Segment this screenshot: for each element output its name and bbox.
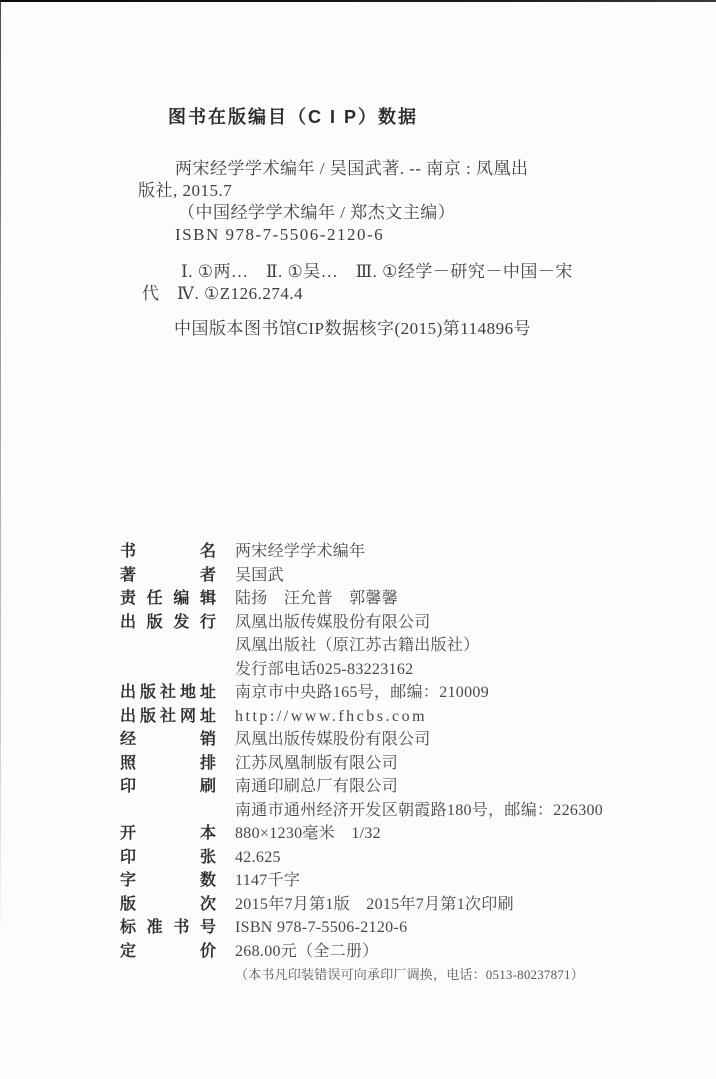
colophon-row-label: 书名	[120, 540, 216, 564]
colophon-block: 书名 两宋经学学术编年 著者 吴国武 责任编辑 陆扬 汪允普 郭馨馨 出版发行 …	[120, 540, 700, 987]
colophon-row-value: 南京市中央路165号，邮编：210009	[235, 681, 489, 705]
colophon-row-value: 江苏凤凰制版有限公司	[235, 752, 398, 776]
colophon-row-label: 印张	[120, 846, 216, 870]
colophon-row: 书名 两宋经学学术编年	[120, 540, 700, 564]
colophon-row-value: 凤凰出版传媒股份有限公司	[235, 611, 431, 635]
cip-isbn-line: ISBN 978-7-5506-2120-6	[175, 224, 680, 246]
colophon-row: 南通市通州经济开发区朝霞路180号，邮编：226300	[120, 799, 700, 823]
colophon-row: 著者 吴国武	[120, 564, 700, 588]
colophon-row: 经销 凤凰出版传媒股份有限公司	[120, 728, 700, 752]
colophon-row-value: 268.00元（全二册）	[235, 940, 379, 964]
cip-registration-number: 中国版本图书馆CIP数据核字(2015)第114896号	[174, 318, 680, 340]
colophon-row-label: 出版社网址	[120, 705, 216, 729]
colophon-row-value: 凤凰出版社（原江苏古籍出版社）	[235, 634, 480, 658]
colophon-row-label: 开本	[120, 822, 216, 846]
colophon-row-value: 42.625	[235, 846, 281, 870]
colophon-row: 发行部电话025-83223162	[120, 658, 700, 682]
colophon-row-value: 南通市通州经济开发区朝霞路180号，邮编：226300	[235, 799, 603, 823]
colophon-row-value: 南通印刷总厂有限公司	[235, 775, 398, 799]
colophon-row: 版次 2015年7月第1版 2015年7月第1次印刷	[120, 893, 700, 917]
colophon-row-label: 照排	[120, 752, 216, 776]
colophon-row-value: 发行部电话025-83223162	[235, 658, 413, 682]
colophon-row: 定价 268.00元（全二册）	[120, 940, 700, 964]
cip-classification-line: Ⅰ. ①两… Ⅱ. ①吴… Ⅲ. ①经学－研究－中国－宋	[181, 261, 680, 283]
page-top-edge-line	[0, 0, 716, 2]
cip-classification-line: 代 Ⅳ. ①Z126.274.4	[142, 283, 680, 305]
colophon-row: 凤凰出版社（原江苏古籍出版社）	[120, 634, 700, 658]
colophon-row: 标准书号 ISBN 978-7-5506-2120-6	[120, 916, 700, 940]
cip-record-line: 两宋经学学术编年 / 吴国武著. -- 南京 : 凤凰出	[175, 158, 680, 180]
colophon-row-value: 1147千字	[235, 869, 300, 893]
colophon-row-value: 880×1230毫米 1/32	[235, 822, 381, 846]
colophon-row-label: 标准书号	[120, 916, 216, 940]
colophon-row-label: 责任编辑	[120, 587, 216, 611]
colophon-rows: 书名 两宋经学学术编年 著者 吴国武 责任编辑 陆扬 汪允普 郭馨馨 出版发行 …	[120, 540, 700, 987]
cip-series-line: （中国经学学术编年 / 郑杰文主编）	[178, 202, 680, 224]
colophon-row-value: （本书凡印装错误可向承印厂调换，电话：0513-80237871）	[235, 963, 584, 987]
colophon-row-label: 印刷	[120, 775, 216, 799]
colophon-row: 照排 江苏凤凰制版有限公司	[120, 752, 700, 776]
colophon-row: 出版社地址 南京市中央路165号，邮编：210009	[120, 681, 700, 705]
page-left-edge-line	[0, 2, 1, 947]
colophon-row: 字数 1147千字	[120, 869, 700, 893]
colophon-row: 责任编辑 陆扬 汪允普 郭馨馨	[120, 587, 700, 611]
colophon-row-label: 版次	[120, 893, 216, 917]
colophon-row-value: ISBN 978-7-5506-2120-6	[235, 916, 407, 940]
scanned-copyright-page: { "page": { "background": "#fcfcfb", "to…	[0, 0, 716, 1079]
colophon-row: 出版发行 凤凰出版传媒股份有限公司	[120, 611, 700, 635]
colophon-row: （本书凡印装错误可向承印厂调换，电话：0513-80237871）	[120, 963, 700, 987]
colophon-row-label: 字数	[120, 869, 216, 893]
colophon-row-label: 定价	[120, 940, 216, 964]
colophon-row: 开本 880×1230毫米 1/32	[120, 822, 700, 846]
colophon-row-value: 陆扬 汪允普 郭馨馨	[235, 587, 398, 611]
colophon-row: 出版社网址 http://www.fhcbs.com	[120, 705, 700, 729]
colophon-row: 印张 42.625	[120, 846, 700, 870]
cip-heading: 图书在版编目（C I P）数据	[168, 103, 680, 129]
colophon-row-value: 吴国武	[235, 564, 284, 588]
colophon-row-label: 著者	[120, 564, 216, 588]
colophon-row-label: 经销	[120, 728, 216, 752]
colophon-row-value: 凤凰出版传媒股份有限公司	[235, 728, 431, 752]
colophon-row-value: 两宋经学学术编年	[235, 540, 365, 564]
colophon-row: 印刷 南通印刷总厂有限公司	[120, 775, 700, 799]
colophon-row-label: 出版社地址	[120, 681, 216, 705]
colophon-row-value: http://www.fhcbs.com	[235, 705, 427, 729]
cip-data-block: 图书在版编目（C I P）数据 两宋经学学术编年 / 吴国武著. -- 南京 :…	[138, 103, 680, 340]
colophon-row-label: 出版发行	[120, 611, 216, 635]
cip-record-line: 版社, 2015.7	[138, 180, 680, 202]
colophon-row-value: 2015年7月第1版 2015年7月第1次印刷	[235, 893, 514, 917]
